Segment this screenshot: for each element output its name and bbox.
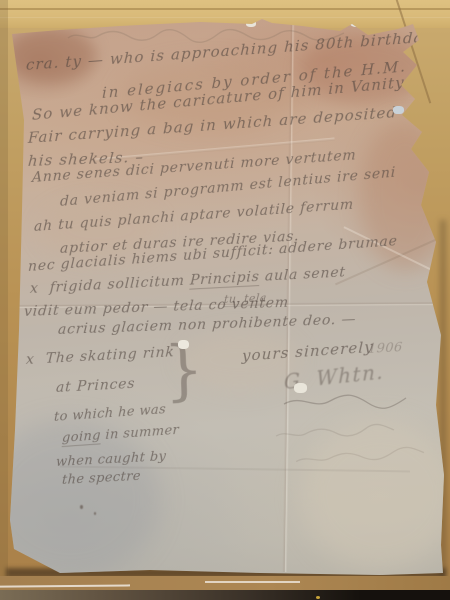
paper-chip — [294, 383, 307, 393]
debris-speck — [316, 596, 320, 599]
signature-flourish — [282, 392, 412, 412]
footnote-line: at Princes — [56, 376, 136, 396]
letter-paper: cra. ty — who is approaching his 80th bi… — [0, 0, 450, 600]
footnote-text: in summer — [101, 423, 180, 444]
paper-speck — [80, 505, 83, 509]
verse-text: frigida sollicitum — [49, 273, 190, 296]
cardboard-crease-highlight — [0, 17, 450, 18]
footnote-line: to which he was — [54, 402, 167, 425]
footnote-text: The skating rink — [45, 344, 175, 367]
stain — [300, 420, 450, 570]
underlined-word: going — [62, 428, 101, 447]
underlined-word: Principis — [189, 269, 260, 290]
scratch-mark — [205, 581, 300, 583]
tape-chip — [393, 106, 404, 114]
footnote-line: xThe skating rink — [26, 344, 175, 368]
photo-of-letter: cra. ty — who is approaching his 80th bi… — [0, 0, 450, 600]
paper-speck — [94, 512, 96, 515]
paper-chip — [178, 340, 189, 349]
year-note: 1906 — [368, 340, 403, 357]
verse-text: aula senet — [259, 264, 346, 285]
cardboard-left-edge — [0, 0, 8, 600]
footnote-marker-x: x — [30, 281, 40, 298]
footnote-marker-x: x — [26, 352, 36, 369]
dark-background-strip — [0, 590, 450, 600]
cardboard-crease-line — [0, 8, 450, 10]
